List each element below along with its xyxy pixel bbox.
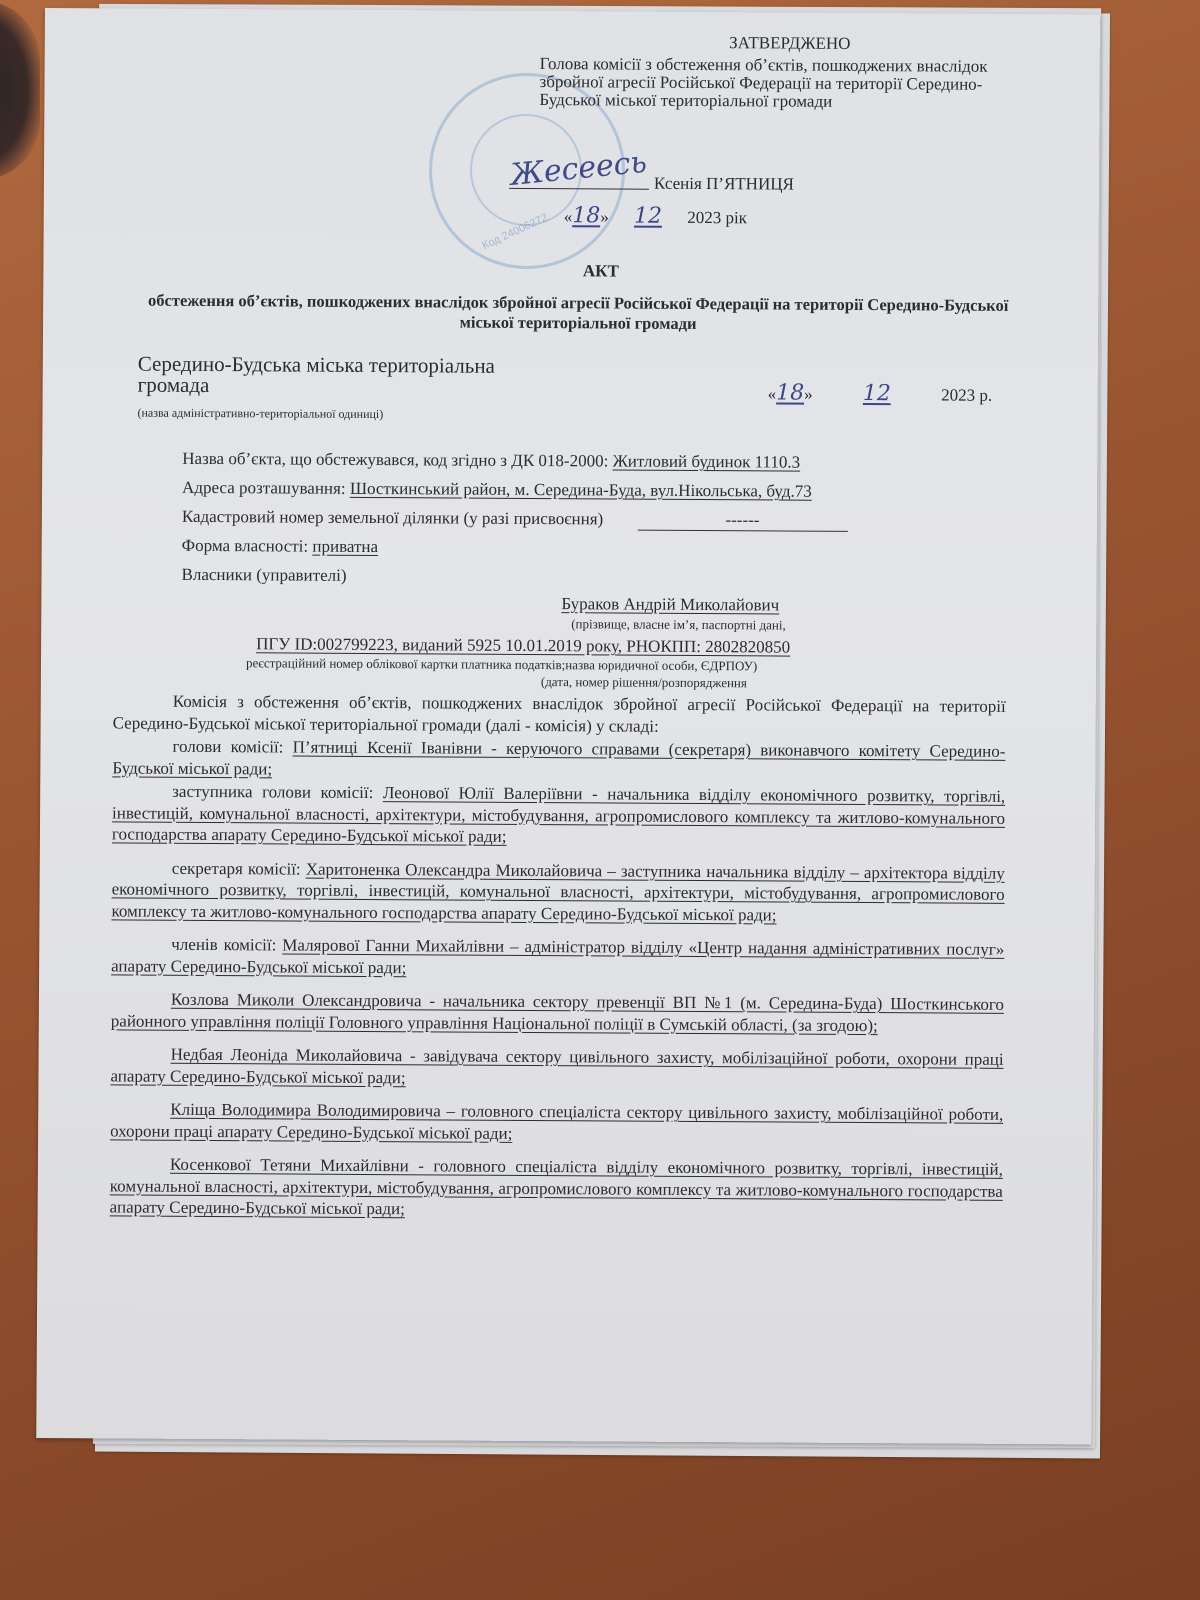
commission-member: Косенкової Тетяни Михайлівни - головного… (110, 1153, 1003, 1223)
approval-position: Голова комісії з обстеження об’єктів, по… (539, 55, 999, 112)
act-date: «18» 12 2023 р. (768, 380, 993, 406)
owner-caption: реєстраційний номер облікової картки пла… (246, 655, 757, 674)
approval-month: 12 (613, 203, 683, 228)
act-day: 18 (776, 380, 804, 405)
object-label: Назва об’єкта, що обстежувався, код згід… (182, 449, 612, 471)
ownership-label: Форма власності: (182, 536, 313, 556)
community-name: Середино-Будська міська територіальна гр… (138, 354, 568, 399)
address-label: Адреса розташування: (182, 478, 350, 498)
commission-member: членів комісії: Малярової Ганни Михайлів… (111, 933, 1004, 981)
community-caption: (назва адміністративно-територіальної од… (137, 406, 383, 423)
commission-member: секретаря комісії: Харитоненка Олександр… (111, 857, 1004, 927)
act-year: 2023 р. (941, 385, 992, 404)
owners-label: Власники (управителі) (181, 565, 346, 585)
document-page: Код 24006272 ЗАТВЕРДЖЕНО Голова комісії … (36, 8, 1100, 1444)
approval-title: ЗАТВЕРДЖЕНО (540, 33, 1000, 54)
desk-dark-object (0, 0, 40, 180)
owner-name: Бураков Андрій Миколайович (561, 594, 779, 615)
cadastral-value: ------ (637, 510, 847, 532)
commission-member: Кліща Володимира Володимировича – головн… (110, 1098, 1003, 1146)
act-month: 12 (817, 381, 937, 407)
object-value: Житловий будинок 1110.3 (613, 451, 801, 471)
owner-id: ПГУ ID:002799223, виданий 5925 10.01.201… (256, 634, 790, 657)
object-fields: Назва об’єкта, що обстежувався, код згід… (181, 449, 1022, 599)
owner-caption: (прізвище, власне ім’я, паспортні дані, (571, 616, 786, 633)
commission-member: голови комісії: П’ятниці Ксенії Іванівни… (112, 735, 1005, 783)
address-value: Шосткинський район, м. Середина-Буда, ву… (350, 479, 812, 501)
owner-caption: (дата, номер рішення/розпорядження (541, 674, 747, 691)
commission-member: Козлова Миколи Олександровича - начальни… (111, 988, 1004, 1036)
approval-date: «18» 12 2023 рік (564, 203, 747, 229)
commission-member: заступника голови комісії: Леонової Юлії… (112, 780, 1005, 850)
approval-day: 18 (572, 203, 600, 228)
ownership-value: приватна (312, 537, 378, 556)
act-title: АКТ (43, 258, 1098, 284)
commission-member: Недбая Леоніда Миколайовича - завідувача… (110, 1043, 1003, 1091)
approver-name: Ксенія П’ЯТНИЦЯ (654, 174, 794, 195)
commission-section: Комісія з обстеження об’єктів, пошкоджен… (110, 690, 1006, 1225)
cadastral-label: Кадастровий номер земельної ділянки (у р… (182, 507, 603, 529)
approval-block: ЗАТВЕРДЖЕНО Голова комісії з обстеження … (539, 33, 999, 112)
approval-year: 2023 рік (687, 208, 747, 227)
act-subtitle: обстеження об’єктів, пошкоджених внаслід… (133, 291, 1023, 336)
commission-intro: Комісія з обстеження об’єктів, пошкоджен… (113, 690, 1006, 738)
